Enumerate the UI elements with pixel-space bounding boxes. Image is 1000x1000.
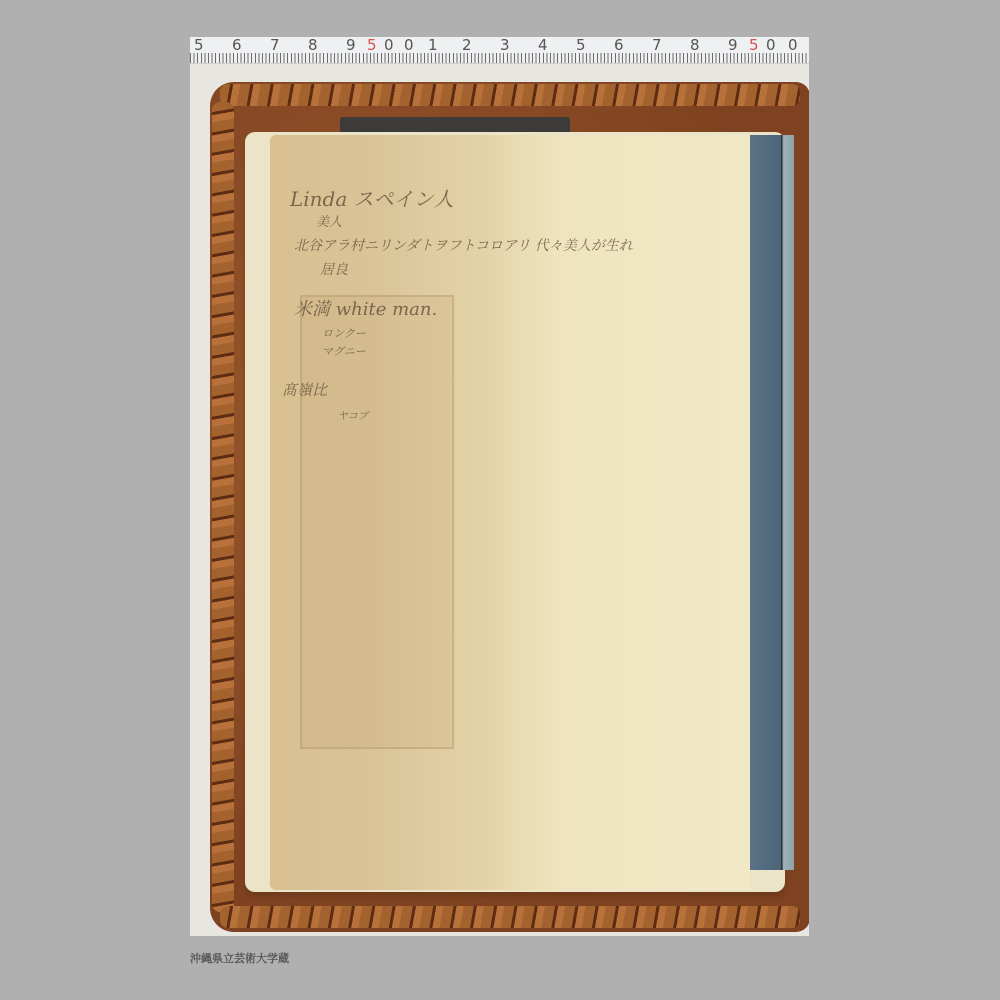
artifact-photo: 5 6 7 8 9 5 0 0 1 2 3 4 5 6 7 8 9 5 0 0 … [190, 37, 809, 936]
page-stain [300, 295, 454, 749]
ruler-label: 5 [576, 37, 586, 53]
ruler-label: 0 [384, 37, 394, 53]
ruler-label: 0 [404, 37, 414, 53]
ruler-label: 3 [500, 37, 510, 53]
handwriting-line: マグニー [322, 343, 366, 359]
notebook-page: Linda スペイン人 美人 北谷アラ村ニリンダトヲフトコロアリ 代々美人が生れ… [270, 135, 750, 890]
leather-lacing-left [212, 102, 234, 912]
ruler-label: 0 [766, 37, 776, 53]
leather-lacing-bottom [220, 906, 800, 928]
ruler-label: 6 [614, 37, 624, 53]
ruler-label: 2 [462, 37, 472, 53]
ruler-label: 9 [346, 37, 356, 53]
ruler-label: 9 [728, 37, 738, 53]
cloth-spine [750, 135, 794, 870]
ruler-label: 5 [367, 37, 377, 53]
ruler-ticks [190, 53, 809, 63]
handwriting-line: 髙嶺比 [282, 379, 327, 400]
measuring-ruler: 5 6 7 8 9 5 0 0 1 2 3 4 5 6 7 8 9 5 0 0 [190, 37, 809, 64]
ruler-label: 1 [428, 37, 438, 53]
collection-caption: 沖縄県立芸術大学蔵 [190, 950, 289, 966]
ruler-label: 7 [652, 37, 662, 53]
ruler-label: 8 [308, 37, 318, 53]
handwriting-line: Linda スペイン人 [290, 183, 454, 212]
handwriting-line: 北谷アラ村ニリンダトヲフトコロアリ 代々美人が生れ [294, 235, 633, 255]
ruler-label: 5 [749, 37, 759, 53]
handwriting-line: ロンクー [322, 325, 366, 341]
ruler-label: 8 [690, 37, 700, 53]
handwriting-line: ヤコブ [338, 407, 368, 422]
ruler-label: 5 [194, 37, 204, 53]
leather-lacing-top [220, 84, 800, 106]
handwriting-line: 米満 white man. [294, 295, 437, 321]
ruler-label: 6 [232, 37, 242, 53]
ruler-label: 0 [788, 37, 798, 53]
ruler-label: 4 [538, 37, 548, 53]
handwriting-line: 居良 [320, 259, 348, 279]
handwriting-line: 美人 [316, 211, 342, 230]
ruler-label: 7 [270, 37, 280, 53]
